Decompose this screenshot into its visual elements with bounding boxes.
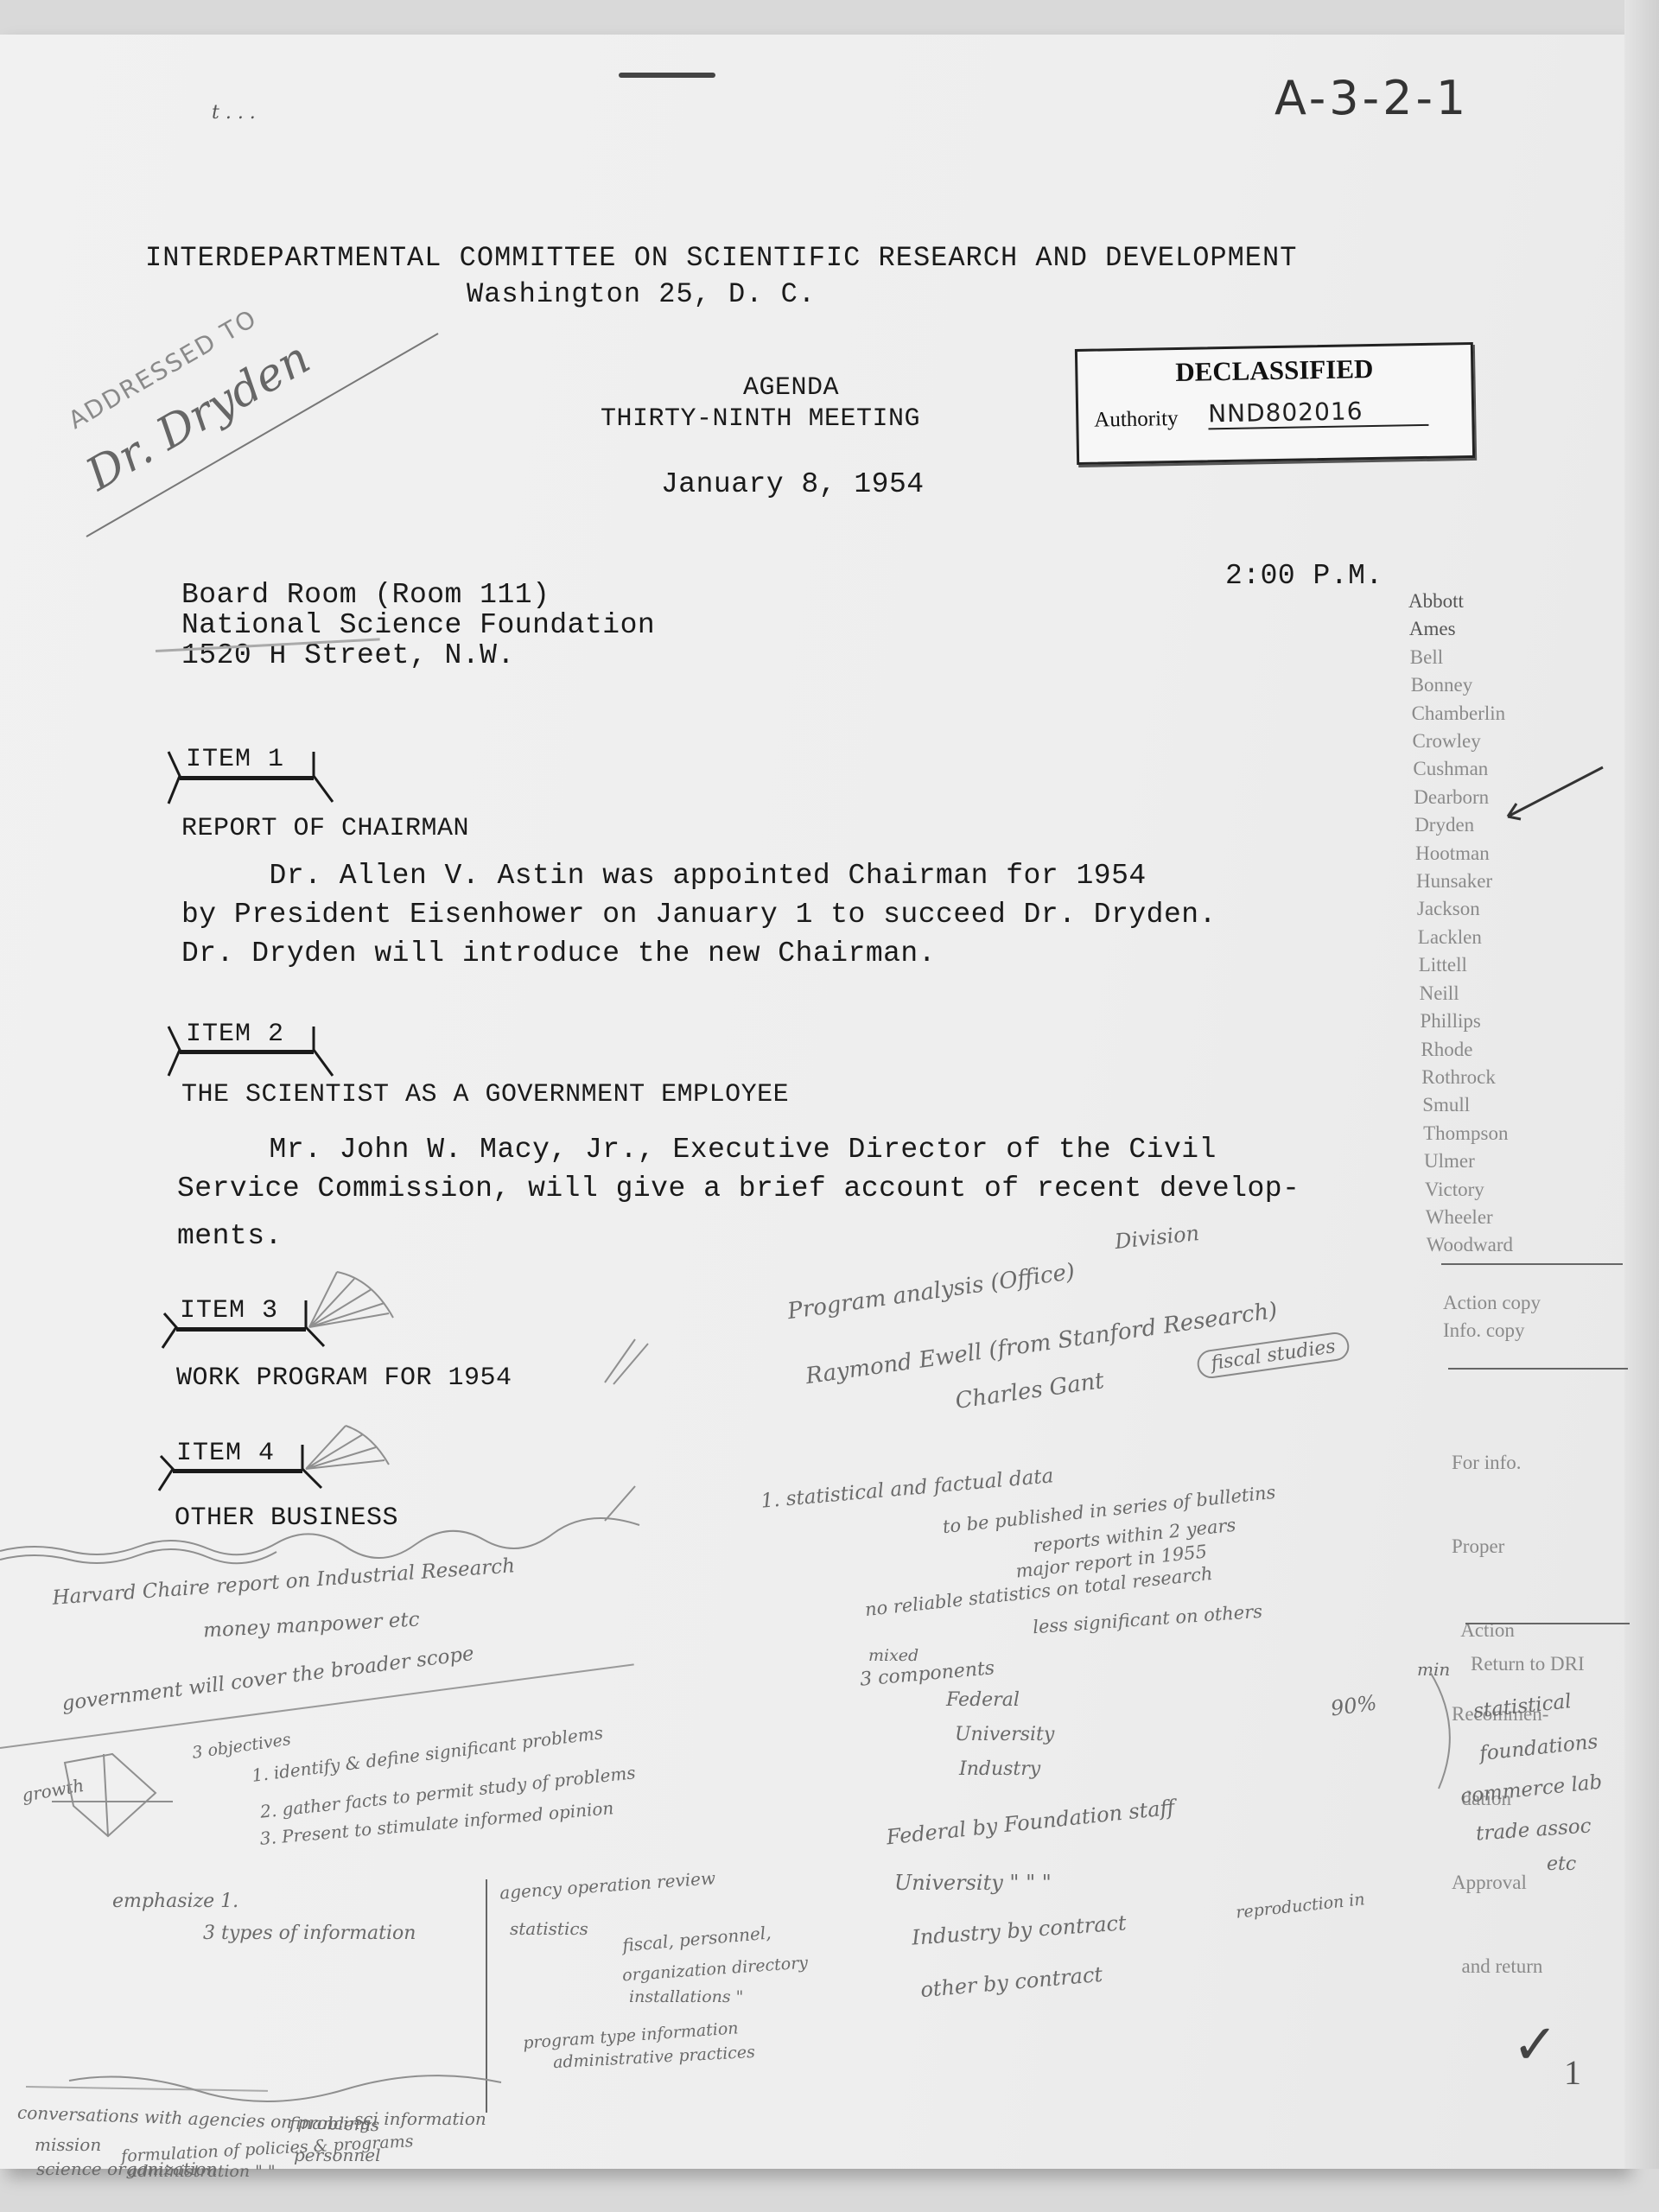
pencil-sketches — [0, 0, 1659, 2212]
